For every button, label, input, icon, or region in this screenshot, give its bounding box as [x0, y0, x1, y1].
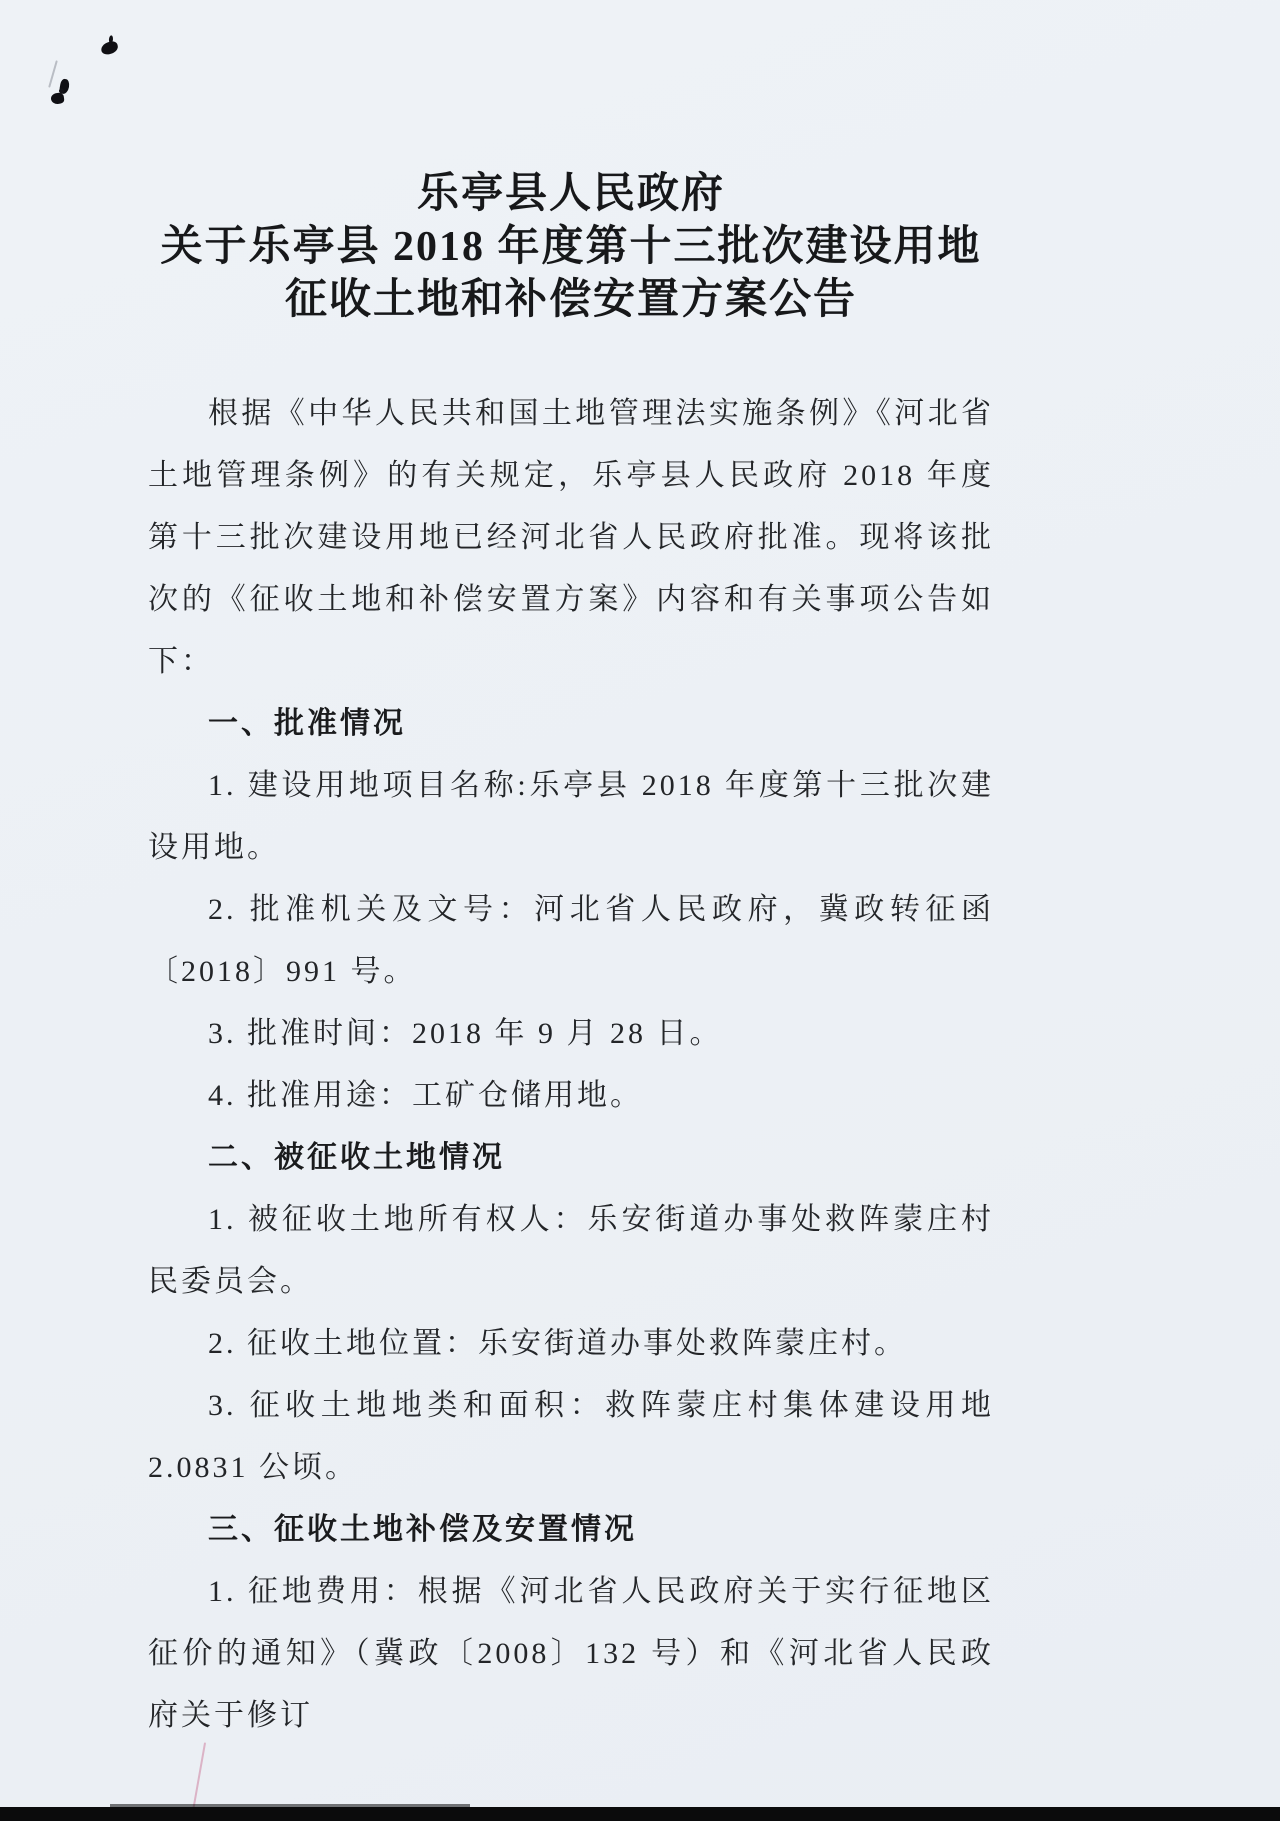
ink-blot-mark	[100, 40, 119, 56]
section-heading-1: 一、批准情况	[148, 693, 994, 755]
paragraph-item: 1. 建设用地项目名称:乐亭县 2018 年度第十三批次建设用地。	[148, 755, 994, 879]
scan-bottom-edge	[0, 1807, 1280, 1821]
document-content: 乐亭县人民政府 关于乐亭县 2018 年度第十三批次建设用地 征收土地和补偿安置…	[148, 168, 994, 1747]
paragraph-item: 2. 批准机关及文号：河北省人民政府，冀政转征函〔2018〕991 号。	[148, 879, 994, 1003]
paragraph-item: 3. 批准时间：2018 年 9 月 28 日。	[148, 1003, 994, 1065]
paragraph-item: 1. 征地费用：根据《河北省人民政府关于实行征地区征价的通知》（冀政〔2008〕…	[148, 1561, 994, 1747]
scanned-document-page: 乐亭县人民政府 关于乐亭县 2018 年度第十三批次建设用地 征收土地和补偿安置…	[0, 0, 1280, 1821]
paragraph-intro: 根据《中华人民共和国土地管理法实施条例》《河北省土地管理条例》的有关规定，乐亭县…	[148, 383, 994, 693]
paragraph-item: 2. 征收土地位置：乐安街道办事处救阵蒙庄村。	[148, 1313, 994, 1375]
title-line: 征收土地和补偿安置方案公告	[148, 274, 994, 327]
ink-blot-mark	[50, 92, 64, 105]
title-line: 关于乐亭县 2018 年度第十三批次建设用地	[148, 221, 994, 274]
paragraph-item: 1. 被征收土地所有权人：乐安街道办事处救阵蒙庄村民委员会。	[148, 1189, 994, 1313]
paragraph-item: 4. 批准用途：工矿仓储用地。	[148, 1065, 994, 1127]
scratch-mark	[48, 60, 58, 87]
pen-line-mark	[192, 1742, 206, 1811]
section-heading-3: 三、征收土地补偿及安置情况	[148, 1499, 994, 1561]
paragraph-item: 3. 征收土地地类和面积：救阵蒙庄村集体建设用地 2.0831 公顷。	[148, 1375, 994, 1499]
title-line: 乐亭县人民政府	[148, 168, 994, 221]
section-heading-2: 二、被征收土地情况	[148, 1127, 994, 1189]
document-title: 乐亭县人民政府 关于乐亭县 2018 年度第十三批次建设用地 征收土地和补偿安置…	[148, 168, 994, 327]
